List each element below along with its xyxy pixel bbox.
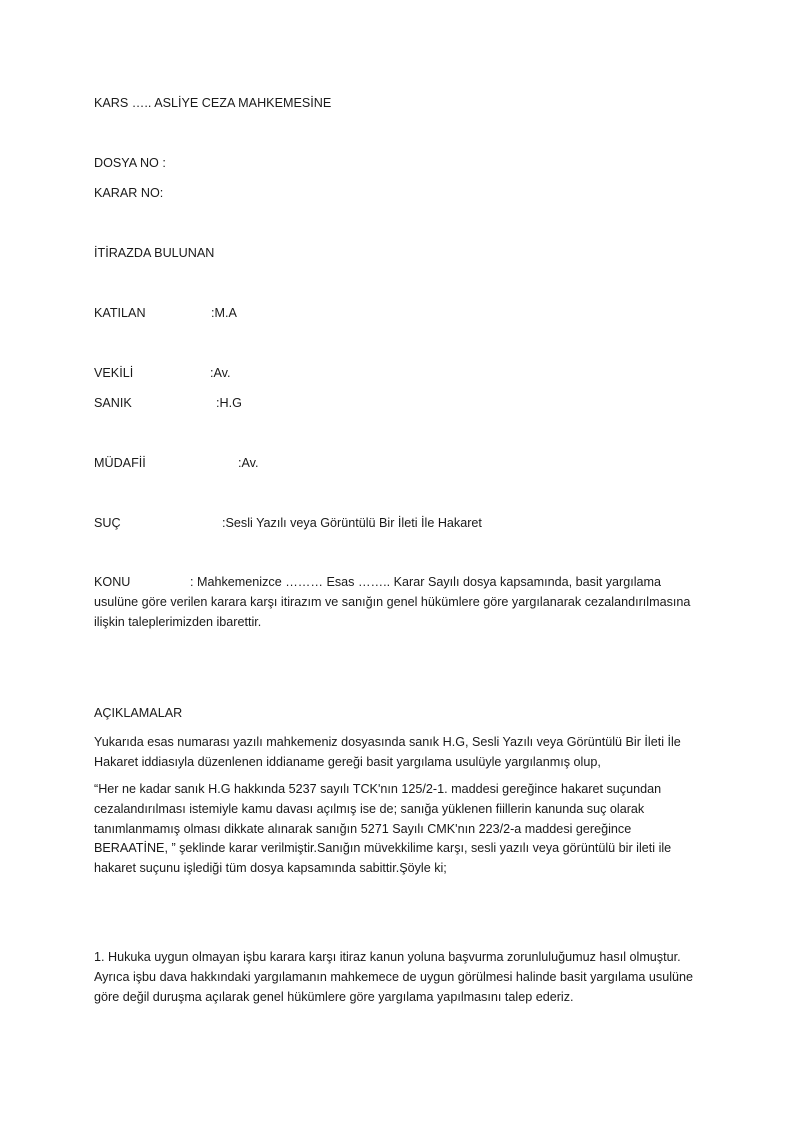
party-value: :Sesli Yazılı veya Görüntülü Bir İleti İ… [222, 513, 482, 533]
party-value: :M.A [211, 303, 237, 323]
aciklamalar-paragraph-2: “Her ne kadar sanık H.G hakkında 5237 sa… [94, 780, 704, 879]
party-value: :Av. [210, 363, 231, 383]
aciklamalar-paragraph-1: Yukarıda esas numarası yazılı mahkemeniz… [94, 733, 704, 773]
itiraz-section-heading: İTİRAZDA BULUNAN [94, 243, 214, 263]
party-label: KATILAN [94, 303, 146, 323]
aciklamalar-item-1: 1. Hukuka uygun olmayan işbu karara karş… [94, 948, 704, 1007]
party-label: VEKİLİ [94, 363, 133, 383]
konu-label: KONU [94, 573, 190, 593]
court-heading: KARS ….. ASLİYE CEZA MAHKEMESİNE [94, 93, 331, 113]
karar-no-label: KARAR NO: [94, 183, 163, 203]
party-label: SANIK [94, 393, 132, 413]
dosya-no-label: DOSYA NO : [94, 153, 166, 173]
party-label: MÜDAFİİ [94, 453, 146, 473]
party-value: :Av. [238, 453, 259, 473]
party-label: SUÇ [94, 513, 121, 533]
party-value: :H.G [216, 393, 242, 413]
aciklamalar-heading: AÇIKLAMALAR [94, 703, 182, 723]
konu-paragraph: KONU: Mahkemenizce ……… Esas …….. Karar S… [94, 573, 704, 632]
